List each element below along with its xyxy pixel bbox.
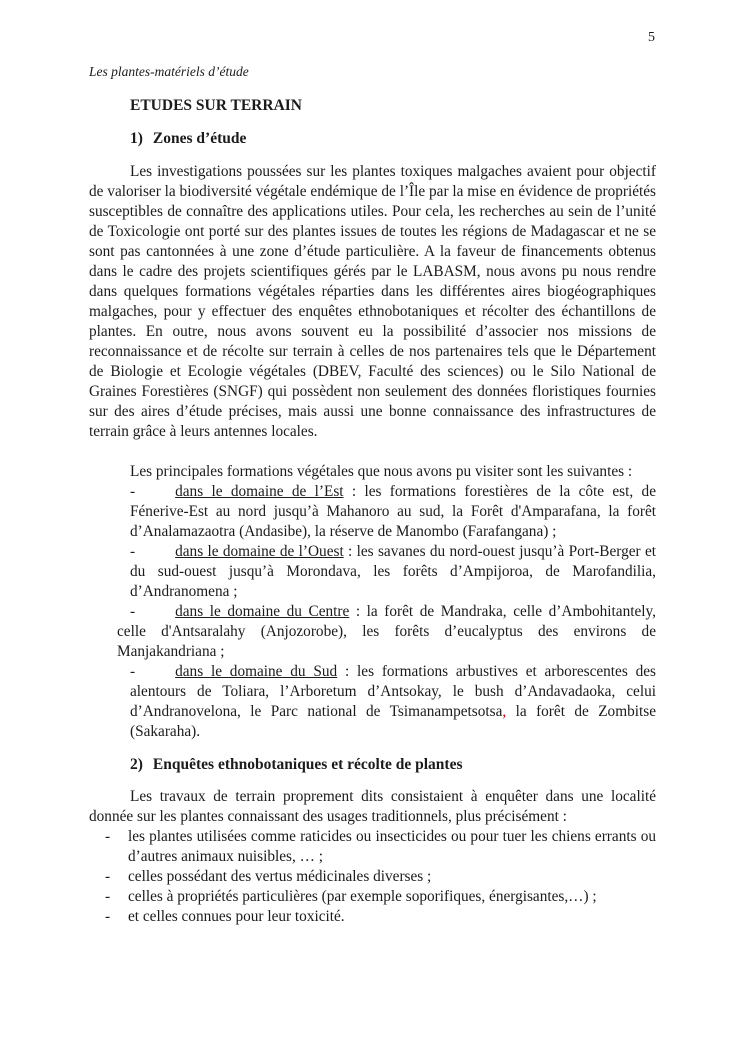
- list-item: -les plantes utilisées comme raticides o…: [89, 827, 656, 867]
- section-2-title: Enquêtes ethnobotaniques et récolte de p…: [153, 756, 463, 773]
- list-item-marker: -: [130, 663, 135, 680]
- list-item: -et celles connues pour leur toxicité.: [89, 907, 656, 927]
- list-item-marker: -: [105, 827, 110, 847]
- section-1-title: Zones d’étude: [153, 130, 246, 147]
- section-2-heading: 2)Enquêtes ethnobotaniques et récolte de…: [130, 755, 656, 775]
- section-1-number: 1): [130, 129, 143, 149]
- list-item: -dans le domaine de l’Est : les formatio…: [130, 482, 656, 542]
- list-item-marker: -: [105, 907, 110, 927]
- bullet-text: celles à propriétés particulières (par e…: [128, 888, 597, 905]
- section-2-paragraph: Les travaux de terrain proprement dits c…: [89, 787, 656, 827]
- page-number: 5: [648, 30, 655, 46]
- running-header: Les plantes-matériels d’étude: [89, 64, 249, 80]
- section-2-number: 2): [130, 755, 143, 775]
- domain-label-sud: dans le domaine du Sud: [175, 663, 337, 680]
- list-item-marker: -: [130, 543, 135, 560]
- bullet-text: les plantes utilisées comme raticides ou…: [128, 828, 656, 865]
- domain-label-centre: dans le domaine du Centre: [175, 603, 349, 620]
- document-page: 5 Les plantes-matériels d’étude ETUDES S…: [0, 0, 744, 1053]
- bullet-text: et celles connues pour leur toxicité.: [128, 908, 345, 925]
- domains-list-intro: Les principales formations végétales que…: [130, 462, 656, 482]
- section-1-paragraph: Les investigations poussées sur les plan…: [89, 162, 656, 442]
- bullet-list: -les plantes utilisées comme raticides o…: [89, 827, 656, 927]
- domain-label-ouest: dans le domaine de l’Ouest: [175, 543, 344, 560]
- list-item: -dans le domaine du Sud : les formations…: [130, 662, 656, 742]
- list-item-marker: -: [105, 867, 110, 887]
- domains-list: Les principales formations végétales que…: [130, 462, 656, 742]
- domain-label-est: dans le domaine de l’Est: [175, 483, 343, 500]
- page-content: ETUDES SUR TERRAIN 1)Zones d’étude Les i…: [89, 96, 656, 927]
- bullet-text: celles possédant des vertus médicinales …: [128, 868, 431, 885]
- list-item: -celles possédant des vertus médicinales…: [89, 867, 656, 887]
- list-item-marker: -: [130, 483, 135, 500]
- list-item: -dans le domaine du Centre : la forêt de…: [117, 602, 656, 662]
- list-item: -celles à propriétés particulières (par …: [89, 887, 656, 907]
- list-item-marker: -: [130, 603, 135, 620]
- list-item-marker: -: [105, 887, 110, 907]
- section-1-heading: 1)Zones d’étude: [130, 129, 656, 149]
- list-item: -dans le domaine de l’Ouest : les savane…: [130, 542, 656, 602]
- document-title: ETUDES SUR TERRAIN: [130, 96, 656, 116]
